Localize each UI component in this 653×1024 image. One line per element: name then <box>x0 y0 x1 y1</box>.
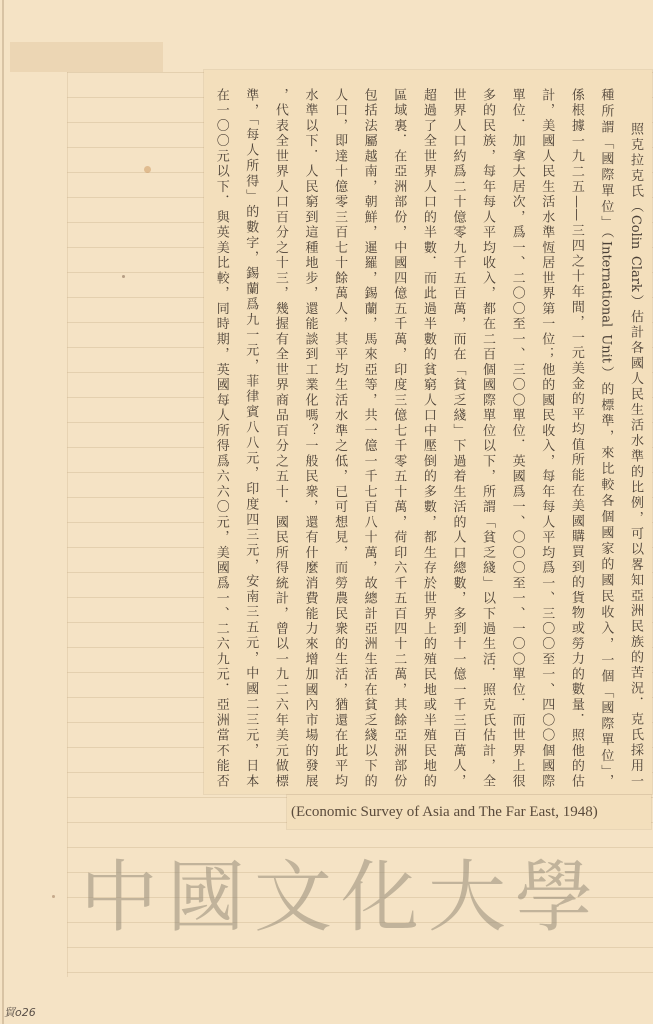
source-caption: (Economic Survey of Asia and The Far Eas… <box>287 795 651 829</box>
tape-stain <box>10 42 163 72</box>
text-column: 包括法屬越南，朝鮮，暹羅，錫蘭，馬來亞等，共一億一千七百八十萬，故總計亞洲生活在… <box>354 88 384 787</box>
stain-spot <box>52 895 55 898</box>
text-column: ，代表全世界人口百分之十三，幾握有全世界商品百分之五十．國民所得統計，曾以一九二… <box>265 88 295 787</box>
text-column: 係根據一九二五——三四之十年間，一元美金的平均值所能在美國購買到的貨物或勞力的數… <box>561 88 591 787</box>
text-column: 人口，即達十億零三百七十餘萬人，其平均生活水準之低，已可想見，而勞農民衆的生活，… <box>324 88 354 787</box>
handwritten-archive-mark: 貿o26 <box>4 1004 36 1020</box>
text-column: 多的民族，每年每人平均收入，都在二百個國際單位以下，所謂「貧乏綫」以下過生活．照… <box>472 88 502 787</box>
text-column: 單位．加拿大居次，爲一、二〇〇至一、三〇〇單位．英國爲一、〇〇〇至一、一〇〇單位… <box>502 88 532 787</box>
text-column: 區域裏．在亞洲部份，中國四億五千萬，印度三億七千零五十萬，荷印六千五百四十二萬，… <box>384 88 414 787</box>
page-edge <box>2 0 4 1024</box>
text-column: 種所謂「國際單位」（International Unit）的標準，來比較各個國家… <box>591 88 621 787</box>
clipping-text-body: 照克拉克氏（Colin Clark）估計各國人民生活水準的比例，可以畧知亞洲民族… <box>206 88 650 787</box>
text-column: 超過了全世界人口的半數．而此過半數的貧窮人口中壓倒的多數，都生存於世界上的殖民地… <box>413 88 443 787</box>
text-column: 水準以下．人民窮到這種地步，還能談到工業化嗎？一般民衆，還有什麼消費能力來增加國… <box>295 88 325 787</box>
text-column: 照克拉克氏（Colin Clark）估計各國人民生活水準的比例，可以畧知亞洲民族… <box>620 88 650 787</box>
stain-spot <box>122 275 125 278</box>
text-column: 在一〇〇元以下．與英美比較，同時期，英國每人所得爲六六〇元，美國爲一、二六九元．… <box>206 88 236 787</box>
stain-spot <box>144 166 151 173</box>
text-column: 準，「每人所得」的數字，錫蘭爲九一元，菲律賓八八元，印度四三元，安南三五元，中國… <box>236 88 266 787</box>
university-watermark: 中國文化大學 <box>80 848 640 948</box>
text-column: 計，美國人民生活水準恆居世界第一位；他的國民收入，每年每人平均爲一、三〇〇至一、… <box>532 88 562 787</box>
text-column: 世界人口約爲二十億零九千五百萬，而在「貧乏綫」下過着生活的人口總數，多到十一億一… <box>443 88 473 787</box>
